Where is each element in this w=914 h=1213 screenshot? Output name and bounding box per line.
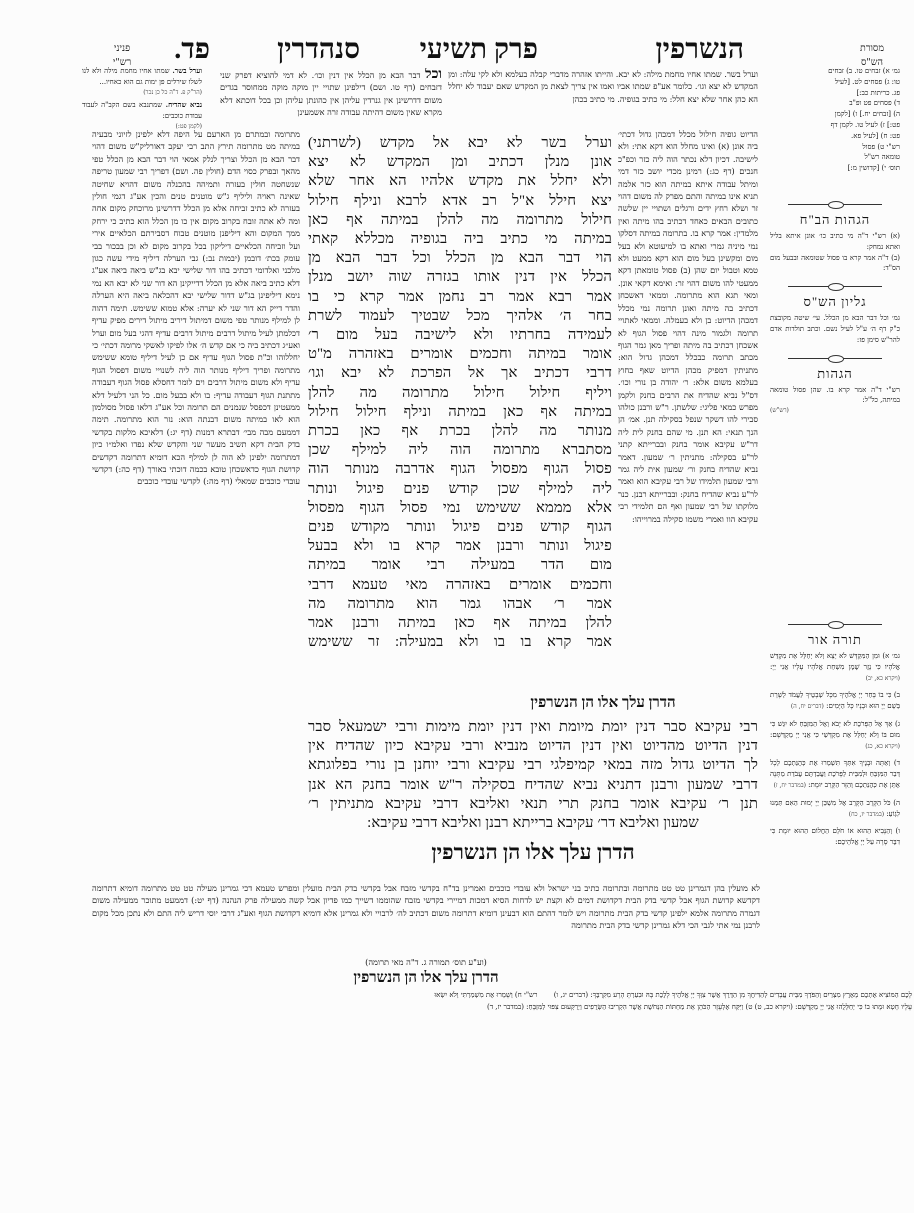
torah-or-verse: ד) וְאַתָּה וּבָנֶיךָ אִתְּךָ תִּשְׁמְרו… — [770, 758, 900, 791]
hagahot-source: (רש"ש) — [770, 406, 900, 417]
hagahot-title: הגהות — [770, 366, 900, 382]
hagahot-habach-note: (ב) ד"ה אמר קרא בו פסול שטומאה ובבעל מום… — [770, 253, 900, 275]
bottom-hadran: הדרן עלך אלו הן הנשרפין — [92, 970, 760, 990]
gilyon-hashas-title: גליון הש"ס — [770, 294, 900, 310]
right-margin: גמ׳ א) זבחים טו. ב) זבחים טו: ג) פסחים ל… — [770, 66, 900, 417]
torah-or-verse: ג) אַךְ אֶל הַפָּרֹכֶת לֹא יָבֹא וְאֶל ה… — [770, 719, 900, 752]
rashi-column: הדיוט גופיה חילול מכלל דמכהן גדול דכתי׳ … — [618, 128, 758, 638]
tosafot-bottom-source: (וע"ע תוס׳ תמורה ג. ד"ה מאי תרומה) — [92, 956, 760, 970]
hagahot-habach-title: הגהות הב"ח — [770, 212, 900, 228]
gemara-text: וערל בשר לא יבא אל מקדש (לשרתני) אונן מנ… — [308, 134, 612, 654]
ornament-divider — [770, 618, 900, 630]
rashi-top: וערל בשר. שמתו אחיו מחמת מילה: לא יבא. ו… — [448, 68, 758, 126]
perek-label: פרק תשיעי — [420, 36, 538, 64]
pnei-rashi: וערל בשר. שמתו אחיו מחמת מילה ולא לנו לש… — [82, 66, 202, 133]
torah-or-verse: ה) כֹּל הַקָּרֵב הַקָּרֵב אֶל מִשְׁכַּן … — [770, 798, 900, 821]
chapter-title: הנשרפין — [656, 36, 745, 64]
ornament-divider — [770, 280, 900, 292]
torah-or-verse: ו) וְהַנָּבִיא הַהוּא אוֹ חֹלֵם הַחֲלוֹם… — [770, 826, 900, 848]
torah-or-title: תורה אור — [770, 632, 900, 648]
ornament-divider — [770, 198, 900, 210]
hagahot-text: רש"י ד"ה אמר קרא בו. שהן פסול טומאה במית… — [770, 385, 900, 407]
ornament-divider — [770, 352, 900, 364]
tosafot-bottom: לא מועלין בהן דגמרינן טט טט מתרומה ובתרו… — [92, 882, 760, 958]
main-hadran: הדרן עלך אלו הן הנשרפין — [308, 840, 758, 870]
torah-or-verse: גמ׳ א) וּמִן הַמִּקְדָּשׁ לֹא יֵצֵא וְלֹ… — [770, 651, 900, 684]
talmud-page: מסורת הש"ס הנשרפין פרק תשיעי סנהדרין פד.… — [0, 0, 914, 1213]
gemara-wide-text: רבי עקיבא סבר דנין יומת מיומת ואין דנין … — [308, 718, 758, 838]
hagahot-habach-note: (א) רש"י ד"ה מי כתיב כו׳ אונן איתא בליל … — [770, 231, 900, 253]
gilyon-hashas-text: גמ׳ וכל דבר הבא מן הכלל. עי׳ שיטה מקובצת… — [770, 313, 900, 345]
tractate-title: סנהדרין — [277, 36, 360, 64]
rashi-hadran: הדרן עלך אלו הן הנשרפין — [448, 695, 758, 719]
tosafot-intro: וכל דבר הבא מן הכלל אין דנין וכו׳. לא דמ… — [220, 68, 442, 126]
footer-verse-line: עָלָיו חֵטְא וּמֵתוּ בוֹ כִּי יְחַלְּלֻה… — [92, 1002, 912, 1014]
masoret-hashas: גמ׳ א) זבחים טו. ב) זבחים טו: ג) פסחים ל… — [770, 66, 900, 192]
tosafot-column: מתרומה ובמתרם מן הארעם על היפה דלא ילפינ… — [92, 128, 300, 880]
torah-or: תורה אור גמ׳ א) וּמִן הַמִּקְדָּשׁ לֹא י… — [770, 612, 900, 848]
folio-number: פד. — [174, 36, 210, 64]
torah-or-verse: ב) כִּי בוֹ בָּחַר יְיָ אֱלֹהֶיךָ מִכָּל… — [770, 690, 900, 713]
footer-verse-line: לָכֶם הַמּוֹצִיא אֶתְכֶם מֵאֶרֶץ מִצְרַי… — [92, 990, 912, 1002]
